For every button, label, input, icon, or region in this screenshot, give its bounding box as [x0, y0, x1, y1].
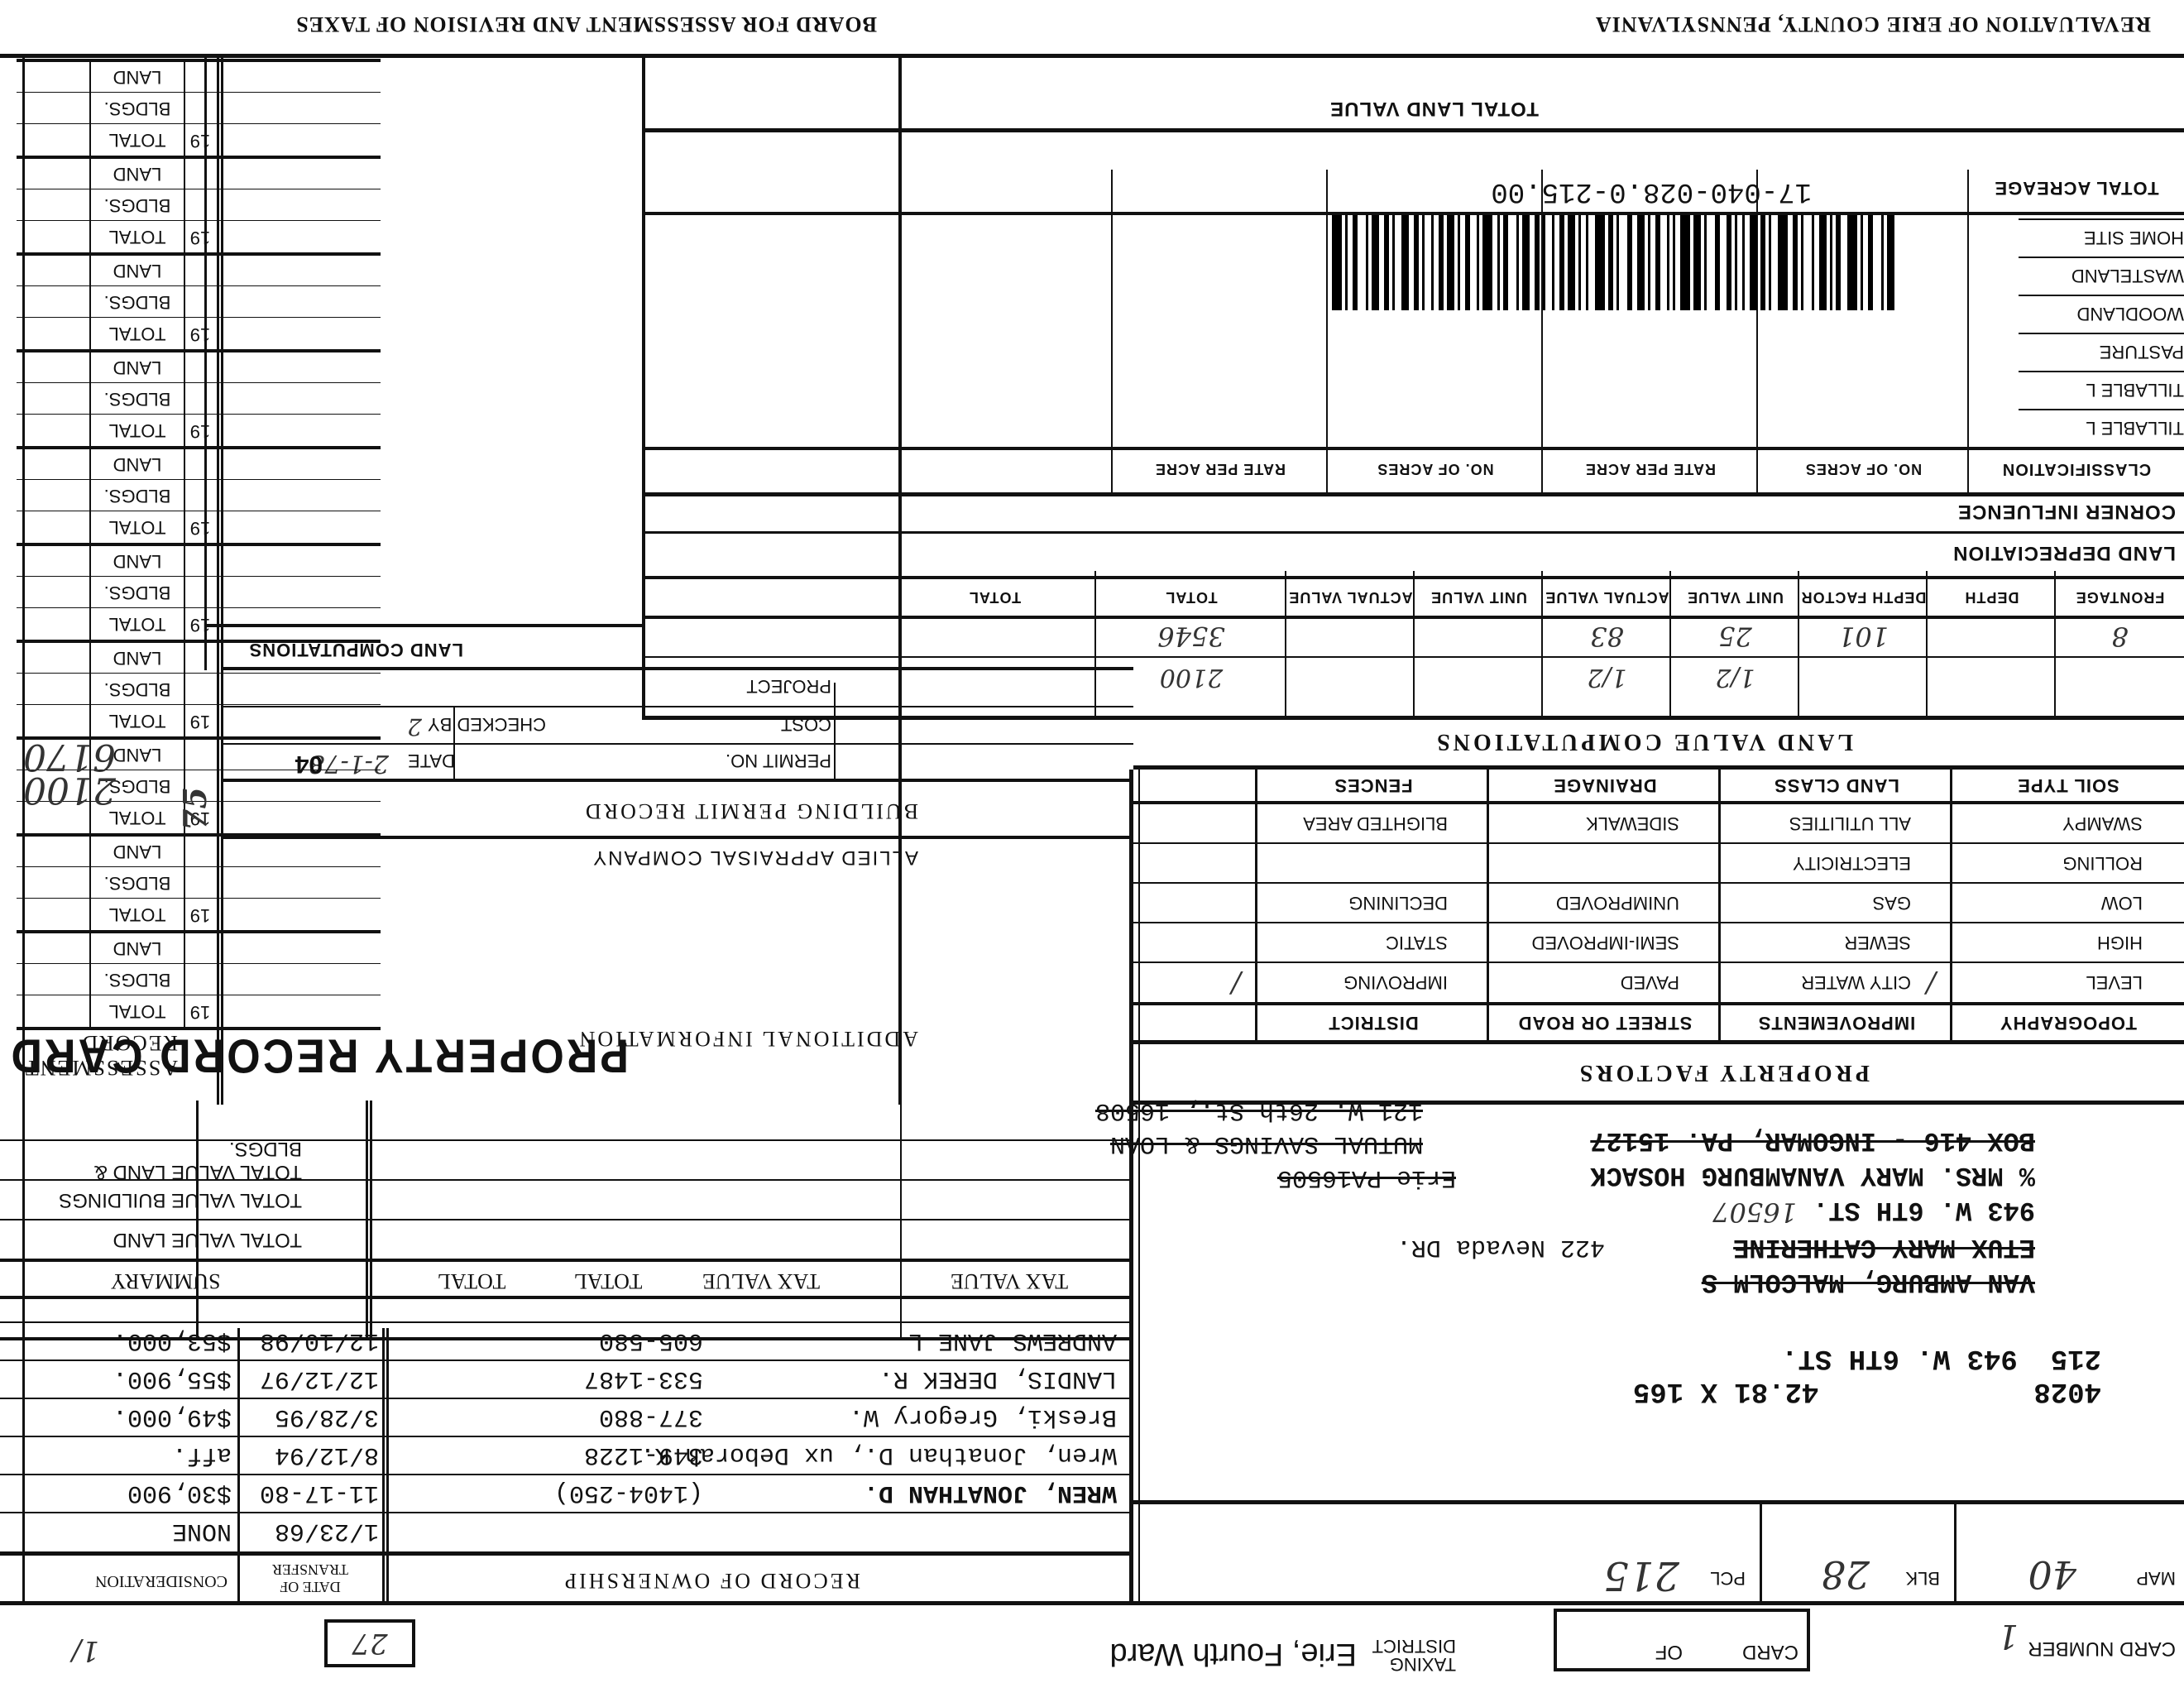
- divider: [17, 123, 381, 124]
- land-value-computations-title: LAND VALUE COMPUTATIONS: [1434, 728, 1853, 755]
- factor-option: UNIMPROVED: [1489, 883, 1679, 923]
- divider: [17, 92, 381, 93]
- consideration-amount: $49,000.: [113, 1403, 232, 1431]
- divider: [17, 59, 381, 62]
- assessment-row-label: TOTAL: [91, 318, 184, 349]
- stamp-number: 04: [295, 750, 323, 778]
- deed-book-page: 377-880: [599, 1403, 703, 1431]
- summary-row-label: TOTAL VALUE LAND & BLDGS.: [21, 1141, 302, 1179]
- summary-row-label: TOTAL VALUE BUILDINGS: [21, 1181, 302, 1219]
- taxing-district-label: TAXINGDISTRICT: [1372, 1637, 1456, 1673]
- additional-information-title: ADDITIONAL INFORMATION: [577, 1026, 918, 1051]
- assessment-row-label: TOTAL: [91, 608, 184, 640]
- land-value-header: DEPTH: [1928, 581, 2056, 614]
- divider: [645, 656, 2184, 658]
- divider: [0, 1321, 1133, 1323]
- blk-label: BLK: [1905, 1567, 1940, 1589]
- divider: [184, 449, 185, 546]
- factor-option: PAVED: [1489, 962, 1679, 1002]
- factor-header: DRAINAGE: [1489, 770, 1721, 801]
- divider: [17, 479, 381, 480]
- assessment-row-label: TOTAL: [91, 995, 184, 1027]
- land-value-entry: 3546: [1096, 619, 1286, 654]
- divider: [17, 673, 381, 674]
- divider: [0, 1398, 1133, 1399]
- land-value-header: UNIT VALUE: [1415, 581, 1543, 614]
- divider: [1133, 801, 2184, 804]
- owner-line: ETUX MARY CATHERINE: [1590, 1230, 2035, 1264]
- year-prefix: 19: [185, 899, 215, 932]
- assessment-row-label: TOTAL: [91, 705, 184, 736]
- divider: [0, 1139, 1133, 1141]
- land-value-entry: 101: [1799, 619, 1928, 654]
- total-header: TOTAL: [546, 1264, 670, 1297]
- header-revaluation-title: REVALUATION OF ERIE COUNTY, PENNSYLVANIA: [1595, 12, 2151, 36]
- building-permit-record-title: BUILDING PERMIT RECORD: [583, 798, 918, 823]
- barcode-text: 17-040-028.0-215.00: [1491, 175, 1812, 207]
- rate-header: RATE PER ACRE: [1543, 450, 1758, 488]
- assessment-row-label: BLDGS.: [91, 93, 184, 124]
- deed-book-page: 349-1228: [584, 1441, 703, 1469]
- deed-book-page: 533-1487: [584, 1364, 703, 1393]
- acreage-row-label: TILLABLE L: [1969, 371, 2184, 409]
- corner-influence-label: CORNER INFLUENCE: [1957, 500, 2176, 523]
- divider: [2019, 218, 2184, 220]
- assessment-row-label: TOTAL: [91, 124, 184, 156]
- year-prefix: 19: [185, 995, 215, 1029]
- rate-header: RATE PER ACRE: [1113, 450, 1328, 488]
- land-value-header: ACTUAL VALUE: [1543, 581, 1671, 614]
- owner-name: Wren, Jonathan D., ux Deborah K.: [640, 1441, 1117, 1469]
- factor-header: STREET OR ROAD: [1489, 1005, 1721, 1040]
- assessment-row-label: BLDGS.: [91, 189, 184, 221]
- divider: [17, 963, 381, 964]
- divider: [17, 220, 381, 221]
- divider: [645, 576, 2184, 579]
- transfer-date: 3/28/95: [275, 1403, 379, 1431]
- owner-name: LANDIS, DEREK R.: [879, 1364, 1117, 1393]
- divider: [184, 256, 185, 352]
- divider: [184, 837, 185, 933]
- card-number-label: CARD NUMBER: [2028, 1638, 2176, 1659]
- card-of-box: CARD OF: [1554, 1609, 1810, 1671]
- assessment-row-label: BLDGS.: [91, 867, 184, 899]
- factor-header: IMPROVEMENTS: [1721, 1005, 1952, 1040]
- assessment-row-label: LAND: [91, 642, 184, 674]
- assessment-row-label: BLDGS.: [91, 674, 184, 705]
- assessment-row-label: BLDGS.: [91, 964, 184, 995]
- owner-address-block: VAN AMBURG, MALCOLM S ETUX MARY CATHERIN…: [1590, 1123, 2035, 1299]
- assessment-row-label: LAND: [91, 255, 184, 286]
- check-mark-level: /: [1232, 966, 1241, 1000]
- factor-option: SEMI-IMPROVED: [1489, 923, 1679, 962]
- factor-header: LAND CLASS: [1721, 770, 1952, 801]
- factor-option: LOW: [1952, 883, 2143, 923]
- check-mark-paved: /: [1927, 966, 1936, 1000]
- year-prefix: 19: [185, 124, 215, 157]
- parcel-barcode: [1332, 215, 1894, 310]
- transfer-date: 12/12/97: [260, 1364, 379, 1393]
- checked-by-value: 2: [407, 713, 422, 741]
- acres-header: NO. OF ACRES: [1758, 450, 1969, 488]
- factor-option: IMPROVING: [1257, 962, 1448, 1002]
- consideration-amount: $53,000.: [113, 1326, 232, 1355]
- assessment-row-label: BLDGS.: [91, 383, 184, 415]
- allied-appraisal-label: ALLIED APPRAISAL COMPANY: [591, 846, 918, 869]
- year-prefix: 19: [185, 318, 215, 351]
- owner-line: 943 W. 6TH ST. 16507: [1590, 1192, 2035, 1230]
- total-header: TOTAL: [397, 1264, 546, 1297]
- factor-option: STATIC: [1257, 923, 1448, 962]
- year-prefix: 19: [185, 221, 215, 254]
- divider: [2019, 257, 2184, 258]
- assessment-row-label: LAND: [91, 448, 184, 480]
- owner-name: ANDREWS JANE L: [908, 1326, 1117, 1355]
- card-number-value: 1: [1998, 1617, 2019, 1655]
- assessment-row-label: LAND: [91, 61, 184, 93]
- divider: [184, 159, 185, 256]
- assessment-row-label: TOTAL: [91, 415, 184, 446]
- permit-no-label: PERMIT NO.: [726, 750, 831, 771]
- pcl-value: 215: [1603, 1552, 1679, 1599]
- land-value-header: UNIT VALUE: [1671, 581, 1799, 614]
- divider: [0, 1512, 1133, 1513]
- divider: [0, 1436, 1133, 1437]
- owner-line: % MRS. MARY VANAMBURG HOSACK: [1590, 1158, 2035, 1192]
- summary-header: SUMMARY: [25, 1264, 306, 1297]
- factor-header: FENCES: [1257, 770, 1489, 801]
- map-label: MAP: [2136, 1567, 2176, 1589]
- tax-value-header: TAX VALUE: [902, 1264, 1117, 1297]
- acreage-row-label: WOODLAND: [1969, 295, 2184, 333]
- divider: [0, 1474, 1133, 1475]
- factor-option: ELECTRICITY: [1721, 843, 1911, 883]
- corner-mark: 1/: [72, 1634, 99, 1667]
- divider: [2019, 295, 2184, 296]
- assessment-row-label: LAND: [91, 836, 184, 867]
- factor-option: GAS: [1721, 883, 1911, 923]
- divider: [17, 511, 381, 511]
- assessment-row-label: BLDGS.: [91, 286, 184, 318]
- divider: [2019, 333, 2184, 334]
- assessment-row-label: BLDGS.: [91, 577, 184, 608]
- land-value-header: TOTAL: [893, 581, 1096, 614]
- assessment-row-label: LAND: [91, 158, 184, 189]
- consideration-amount: $55,900.: [113, 1364, 232, 1393]
- land-value-header: FRONTAGE: [2056, 581, 2184, 614]
- divider: [0, 1360, 1133, 1361]
- divider: [2019, 409, 2184, 410]
- assessment-row-label: TOTAL: [91, 221, 184, 252]
- transfer-date: 1/23/68: [275, 1517, 379, 1545]
- divider: [17, 898, 381, 899]
- checked-by-label: CHECKED BY: [428, 713, 546, 735]
- year-prefix: 19: [185, 511, 215, 544]
- land-value-header: ACTUAL VALUE: [1286, 581, 1415, 614]
- taxing-district-value: Erie, Fourth Ward: [1110, 1636, 1357, 1671]
- divider: [184, 352, 185, 449]
- assessment-row-label: LAND: [91, 933, 184, 964]
- divider: [184, 62, 185, 159]
- divider: [900, 1101, 902, 1340]
- divider: [17, 607, 381, 608]
- factor-option: SWAMPY: [1952, 803, 2143, 843]
- parcel-line-1: 215943 W. 6TH ST.: [1781, 1342, 2101, 1374]
- year-prefix: 19: [185, 608, 215, 641]
- record-of-ownership-title: RECORD OF OWNERSHIP: [563, 1568, 860, 1593]
- parcel-line-2: 402842.81 X 165: [1633, 1375, 2101, 1407]
- divider: [184, 546, 185, 643]
- divider: [0, 1219, 1133, 1220]
- tax-value-header: TAX VALUE: [670, 1264, 852, 1297]
- divider: [184, 643, 185, 740]
- divider: [2019, 371, 2184, 372]
- total-acreage-label: TOTAL ACREAGE: [1969, 169, 2184, 207]
- deed-book-page: 605-580: [599, 1326, 703, 1355]
- owner-alt-address-block: 422 Nevada DR.: [1396, 1230, 1605, 1264]
- factor-option: LEVEL: [1952, 962, 2143, 1002]
- divider: [17, 382, 381, 383]
- handwritten-bldgs-value: 6170: [23, 736, 116, 778]
- header-board-title: BOARD FOR ASSESSMENT AND REVISION OF TAX…: [295, 12, 877, 36]
- transfer-date: 12/10/98: [260, 1326, 379, 1355]
- factor-option: ROLLING: [1952, 843, 2143, 883]
- land-value-entry: 2100: [1096, 660, 1286, 695]
- deed-book-page: (1404-250): [554, 1479, 703, 1507]
- land-value-header: DEPTH FACTOR: [1799, 581, 1928, 614]
- date-of-transfer-header: DATE OF TRANSFER: [248, 1561, 372, 1595]
- divider: [645, 616, 2184, 619]
- transfer-date: 11-17-80: [260, 1479, 379, 1507]
- factor-header: SOIL TYPE: [1952, 770, 2184, 801]
- land-value-entry: 1/2: [1543, 660, 1671, 695]
- divider: [17, 866, 381, 867]
- assessment-row-label: LAND: [91, 545, 184, 577]
- property-record-card-scan: REVALUATION OF ERIE COUNTY, PENNSYLVANIA…: [0, 0, 2184, 1688]
- consideration-amount: aff.: [172, 1441, 232, 1469]
- transfer-date: 8/12/94: [275, 1441, 379, 1469]
- divider: [17, 189, 381, 189]
- district-code-box: 27: [324, 1619, 415, 1667]
- assessment-row-label: LAND: [91, 352, 184, 383]
- assessment-row-label: TOTAL: [91, 511, 184, 543]
- divider: [17, 576, 381, 577]
- consideration-amount: NONE: [172, 1517, 232, 1545]
- land-value-entry: 1/2: [1671, 660, 1799, 695]
- factor-header: TOPOGRAPHY: [1952, 1005, 2184, 1040]
- assessment-row-label: TOTAL: [91, 899, 184, 930]
- factor-option: ALL UTILITIES: [1721, 803, 1911, 843]
- factor-option: SEWER: [1721, 923, 1911, 962]
- acreage-row-label: WASTELAND: [1969, 257, 2184, 295]
- acreage-row-label: HOME SITE: [1969, 218, 2184, 257]
- divider: [17, 285, 381, 286]
- land-depreciation-label: LAND DEPRECIATION: [1952, 541, 2176, 564]
- permit-date-label: DATE: [408, 750, 455, 771]
- pcl-label: PCL: [1710, 1567, 1746, 1589]
- property-factors-title: PROPERTY FACTORS: [1577, 1059, 1870, 1086]
- owner-line: BOX 416 - INGOMAR, PA. 15127: [1590, 1123, 2035, 1158]
- divider: [645, 447, 2184, 450]
- acreage-row-label: TILLABLE L: [1969, 409, 2184, 447]
- total-land-value-label: TOTAL LAND VALUE: [1329, 97, 1539, 120]
- owner-name: Breski, Gregory W.: [849, 1403, 1117, 1431]
- divider: [17, 995, 381, 995]
- owner-name: WREN, JONATHAN D.: [864, 1479, 1117, 1507]
- factor-option: SIDEWALK: [1489, 803, 1679, 843]
- divider: [1326, 170, 1328, 492]
- land-value-header: TOTAL: [1096, 581, 1286, 614]
- owner-line: VAN AMBURG, MALCOLM S: [1590, 1264, 2035, 1299]
- project-label: PROJECT: [746, 675, 831, 697]
- acres-header: NO. OF ACRES: [1328, 450, 1543, 488]
- year-prefix: 19: [185, 705, 215, 738]
- land-value-entry: 83: [1543, 619, 1671, 654]
- assessment-record-title: ASSESSMENT RECORD: [0, 1030, 178, 1080]
- land-value-entry: 25: [1671, 619, 1799, 654]
- divider: [17, 704, 381, 705]
- divider: [184, 933, 185, 1030]
- divider: [17, 317, 381, 318]
- factor-option: CITY WATER: [1721, 962, 1911, 1002]
- consideration-header: CONSIDERATION: [95, 1571, 227, 1590]
- permit-cost-label: COST: [781, 713, 831, 735]
- assessment-row-label: BLDGS.: [91, 480, 184, 511]
- map-value: 40: [2028, 1552, 2076, 1597]
- blk-value: 28: [1821, 1552, 1870, 1597]
- summary-row-label: TOTAL VALUE LAND: [21, 1220, 302, 1259]
- divider: [17, 414, 381, 415]
- factor-option: HIGH: [1952, 923, 2143, 962]
- classification-header: CLASSIFICATION: [1969, 450, 2184, 488]
- handwritten-year: 75: [176, 787, 213, 831]
- factor-option: BLIGHTED AREA: [1257, 803, 1448, 843]
- factor-header: DISTRICT: [1257, 1005, 1489, 1040]
- consideration-amount: $30,900: [127, 1479, 232, 1507]
- divider: [0, 1259, 1133, 1262]
- acreage-row-label: PASTURE: [1969, 333, 2184, 371]
- factor-option: DECLINING: [1257, 883, 1448, 923]
- year-prefix: 19: [185, 415, 215, 448]
- divider: [1111, 170, 1113, 492]
- land-value-entry: 8: [2056, 619, 2184, 654]
